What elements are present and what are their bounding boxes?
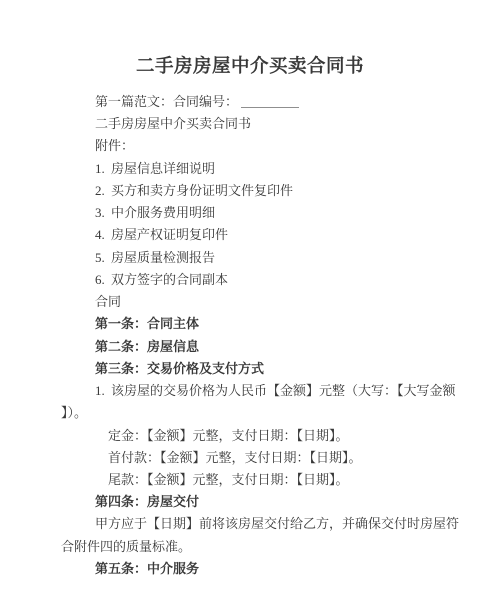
list-number: 1. bbox=[95, 380, 105, 402]
line-text: 第一条：合同主体 bbox=[95, 316, 199, 331]
line-text: 买方和卖方身份证明文件复印件 bbox=[111, 183, 293, 198]
line-text: 第一篇范文：合同编号： bbox=[95, 94, 238, 109]
line-text: 中介服务费用明细 bbox=[111, 205, 215, 220]
document-line: 甲方应于【日期】前将该房屋交付给乙方，并确保交付时房屋符 bbox=[61, 513, 453, 535]
list-number: 6. bbox=[95, 269, 105, 291]
line-text: 二手房房屋中介买卖合同书 bbox=[95, 116, 251, 131]
document-line: 6.双方签字的合同副本 bbox=[61, 269, 453, 291]
document-line: 第五条：中介服务 bbox=[61, 558, 453, 580]
line-text: 甲方应于【日期】前将该房屋交付给乙方，并确保交付时房屋符 bbox=[95, 516, 459, 531]
document-line: 】）。 bbox=[61, 402, 453, 424]
list-number: 5. bbox=[95, 247, 105, 269]
line-text: 定金：【金额】元整，支付日期：【日期】。 bbox=[108, 428, 349, 443]
document-line: 1.该房屋的交易价格为人民币【金额】元整（大写：【大写金额 bbox=[61, 380, 453, 402]
line-text: 】）。 bbox=[61, 405, 87, 420]
line-text: 附件： bbox=[95, 138, 134, 153]
line-text: 合附件四的质量标准。 bbox=[61, 539, 191, 554]
list-number: 4. bbox=[95, 224, 105, 246]
line-text: 尾款：【金额】元整，支付日期：【日期】。 bbox=[108, 472, 349, 487]
line-text: 第三条：交易价格及支付方式 bbox=[95, 361, 264, 376]
document-line: 2.买方和卖方身份证明文件复印件 bbox=[61, 180, 453, 202]
document-line: 第一条：合同主体 bbox=[61, 313, 453, 335]
line-text: 双方签字的合同副本 bbox=[111, 272, 228, 287]
document-line: 合同 bbox=[61, 291, 453, 313]
line-text: 该房屋的交易价格为人民币【金额】元整（大写：【大写金额 bbox=[111, 383, 456, 398]
document-title: 二手房房屋中介买卖合同书 bbox=[0, 54, 500, 80]
line-text: 合同 bbox=[95, 294, 121, 309]
line-text: 首付款：【金额】元整，支付日期：【日期】。 bbox=[108, 450, 362, 465]
line-text: 第二条：房屋信息 bbox=[95, 339, 199, 354]
document-line: 1.房屋信息详细说明 bbox=[61, 158, 453, 180]
document-line: 3.中介服务费用明细 bbox=[61, 202, 453, 224]
document-line: 附件： bbox=[61, 135, 453, 157]
line-text: 第五条：中介服务 bbox=[95, 561, 199, 576]
document-line: 第四条：房屋交付 bbox=[61, 491, 453, 513]
line-text: 房屋产权证明复印件 bbox=[111, 227, 228, 242]
document-line: 第三条：交易价格及支付方式 bbox=[61, 358, 453, 380]
document-line: 合附件四的质量标准。 bbox=[61, 536, 453, 558]
document-line: 首付款：【金额】元整，支付日期：【日期】。 bbox=[61, 447, 453, 469]
line-text: 房屋质量检测报告 bbox=[111, 250, 215, 265]
line-text: 房屋信息详细说明 bbox=[111, 161, 215, 176]
document-line: 第二条：房屋信息 bbox=[61, 336, 453, 358]
document-line: 4.房屋产权证明复印件 bbox=[61, 224, 453, 246]
list-number: 1. bbox=[95, 158, 105, 180]
list-number: 3. bbox=[95, 202, 105, 224]
document-line: 定金：【金额】元整，支付日期：【日期】。 bbox=[61, 425, 453, 447]
document-line: 第一篇范文：合同编号： bbox=[61, 91, 453, 113]
document-body: 第一篇范文：合同编号：二手房房屋中介买卖合同书附件：1.房屋信息详细说明2.买方… bbox=[61, 91, 453, 580]
line-text: 第四条：房屋交付 bbox=[95, 494, 199, 509]
document-line: 尾款：【金额】元整，支付日期：【日期】。 bbox=[61, 469, 453, 491]
list-number: 2. bbox=[95, 180, 105, 202]
contract-number-blank bbox=[241, 95, 299, 108]
document-line: 5.房屋质量检测报告 bbox=[61, 247, 453, 269]
document-page: 二手房房屋中介买卖合同书 第一篇范文：合同编号：二手房房屋中介买卖合同书附件：1… bbox=[0, 0, 500, 597]
document-line: 二手房房屋中介买卖合同书 bbox=[61, 113, 453, 135]
